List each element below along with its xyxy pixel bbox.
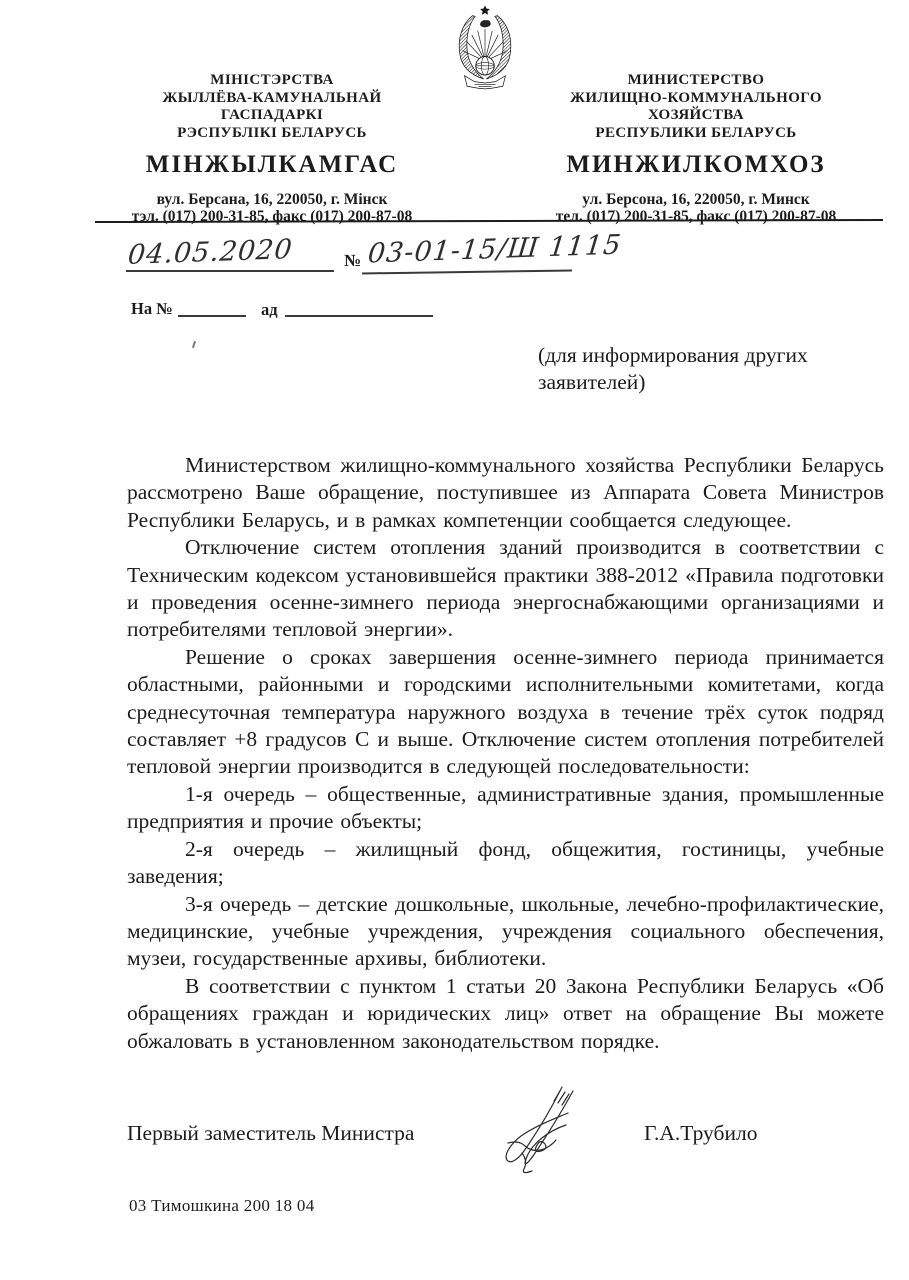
reply-number-label: На № [131, 299, 173, 319]
org-phone: тел. (017) 200-31-85, факс (017) 200-87-… [500, 208, 892, 225]
letterhead-right: МИНИСТЕРСТВО ЖИЛИЩНО-КОММУНАЛЬНОГО ХОЗЯЙ… [500, 72, 892, 225]
letter-page: МІНІСТЭРСТВА ЖЫЛЛЁВА-КАМУНАЛЬНАЙ ГАСПАДА… [0, 0, 909, 1280]
org-name-line: ЖЫЛЛЁВА-КАМУНАЛЬНАЙ [96, 90, 448, 108]
signer-name: Г.А.Трубило [644, 1121, 757, 1146]
body-paragraph: Решение о сроках завершения осенне-зимне… [127, 644, 884, 781]
handwritten-number: 03-01-15/Ш 1115 [366, 230, 623, 270]
signature-scribble-icon [478, 1083, 608, 1178]
org-address: ул. Берсона, 16, 220050, г. Минск [500, 191, 892, 208]
org-name-line: МІНІСТЭРСТВА [96, 72, 448, 90]
org-name-line: ЖИЛИЩНО-КОММУНАЛЬНОГО [500, 90, 892, 108]
reply-from-label: ад [261, 300, 278, 320]
reply-number-blank [178, 315, 246, 317]
scan-speck [192, 341, 196, 348]
org-address: вул. Берсана, 16, 220050, г. Мінск [96, 191, 448, 208]
reply-date-blank [285, 315, 433, 317]
signer-position: Первый заместитель Министра [127, 1121, 414, 1146]
date-underline [126, 270, 334, 272]
org-name-line: РЭСПУБЛІКІ БЕЛАРУСЬ [96, 125, 448, 143]
org-short-name: МІНЖЫЛКАМГАС [96, 151, 448, 179]
body-paragraph: 3-я очередь – детские дошкольные, школьн… [127, 891, 884, 973]
org-name-line: ХОЗЯЙСТВА [500, 107, 892, 125]
number-label: № [344, 251, 361, 271]
letterhead-left: МІНІСТЭРСТВА ЖЫЛЛЁВА-КАМУНАЛЬНАЙ ГАСПАДА… [96, 72, 448, 225]
body-paragraph: Отключение систем отопления зданий произ… [127, 534, 884, 644]
number-underline [362, 270, 572, 275]
body-paragraph: 2-я очередь – жилищный фонд, общежития, … [127, 836, 884, 891]
executor-note: 03 Тимошкина 200 18 04 [129, 1196, 315, 1216]
handwritten-date: 04.05.2020 [126, 234, 294, 271]
org-name-line: МИНИСТЕРСТВО [500, 72, 892, 90]
addressee-note: (для информирования других заявителей) [538, 342, 880, 396]
body-paragraph: 1-я очередь – общественные, администрати… [127, 781, 884, 836]
body-paragraph: Министерством жилищно-коммунального хозя… [127, 452, 884, 534]
body-paragraph: В соответствии с пунктом 1 статьи 20 Зак… [127, 973, 884, 1055]
letter-body: Министерством жилищно-коммунального хозя… [127, 452, 884, 1055]
org-name-line: ГАСПАДАРКІ [96, 107, 448, 125]
org-name-line: РЕСПУБЛИКИ БЕЛАРУСЬ [500, 125, 892, 143]
org-short-name: МИНЖИЛКОМХОЗ [500, 151, 892, 179]
